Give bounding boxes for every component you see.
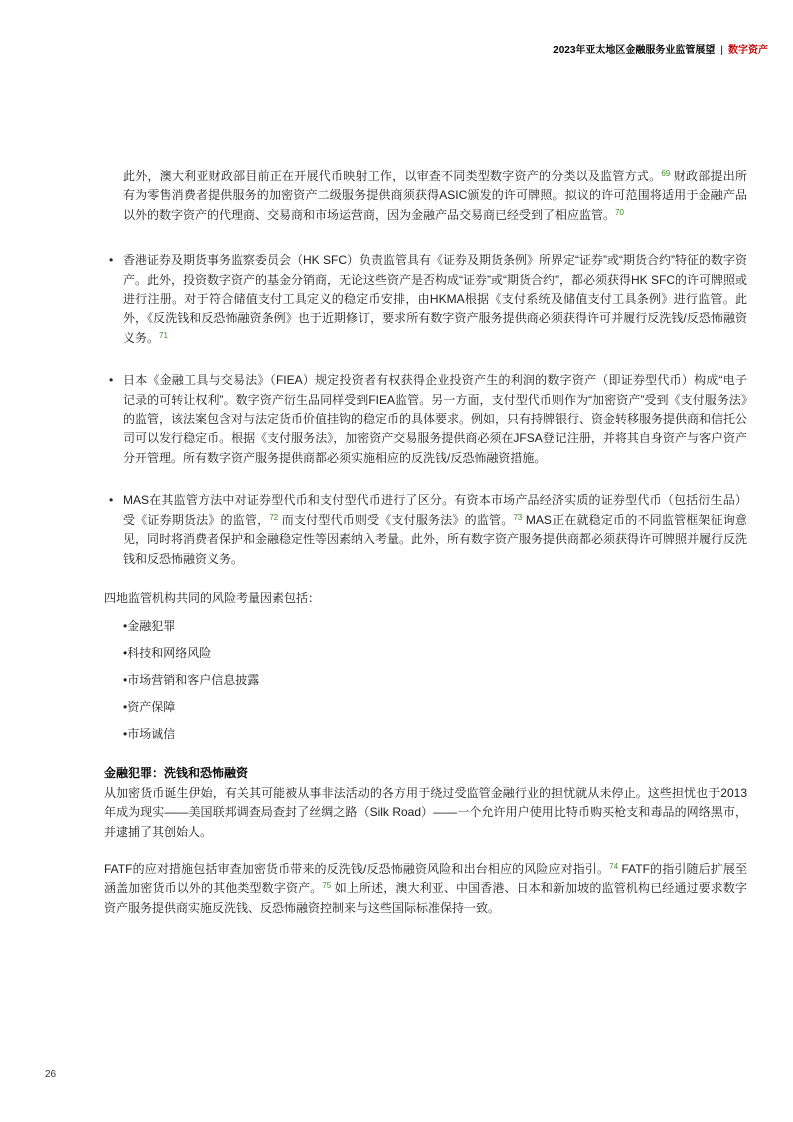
bullet-mas: •MAS在其监管方法中对证券型代币和支付型代币进行了区分。有资本市场产品经济实质…: [104, 491, 747, 569]
footnote-ref-71: 71: [159, 331, 168, 340]
page-content: 此外，澳大利亚财政部目前正在开展代币映射工作，以审查不同类型数字资产的分类以及监…: [104, 167, 747, 944]
risk-item-marketing-disclosure: •市场营销和客户信息披露: [104, 671, 747, 690]
paragraph-text: 此外，澳大利亚财政部目前正在开展代币映射工作，以审查不同类型数字资产的分类以及监…: [123, 169, 661, 183]
footnote-ref-69: 69: [661, 169, 670, 178]
document-page: 2023年亚太地区金融服务业监管展望|数字资产 此外，澳大利亚财政部目前正在开展…: [0, 0, 793, 1122]
risk-item-label: 资产保障: [127, 700, 175, 714]
bullet-hk-sfc: •香港证券及期货事务监察委员会（HK SFC）负责监管具有《证券及期货条例》所界…: [104, 251, 747, 348]
risk-item-label: 市场营销和客户信息披露: [127, 673, 259, 687]
report-title: 2023年亚太地区金融服务业监管展望: [553, 45, 715, 56]
paragraph-australia-treasury: 此外，澳大利亚财政部目前正在开展代币映射工作，以审查不同类型数字资产的分类以及监…: [123, 167, 747, 225]
header-separator: |: [715, 45, 728, 56]
footnote-ref-70: 70: [615, 208, 624, 217]
regulator-bullet-list: •香港证券及期货事务监察委员会（HK SFC）负责监管具有《证券及期货条例》所界…: [104, 251, 747, 569]
section-heading-financial-crime: 金融犯罪：洗钱和恐怖融资: [104, 764, 747, 783]
footnote-ref-75: 75: [322, 881, 331, 890]
risk-factors-intro: 四地监管机构共同的风险考量因素包括：: [104, 589, 747, 608]
footnote-ref-74: 74: [609, 862, 618, 871]
footnote-ref-72: 72: [269, 513, 278, 522]
risk-item-label: 科技和网络风险: [127, 646, 211, 660]
bullet-icon: •: [109, 251, 113, 270]
bullet-text: 香港证券及期货事务监察委员会（HK SFC）负责监管具有《证券及期货条例》所界定…: [123, 253, 747, 345]
bullet-text: 日本《金融工具与交易法》（FIEA）规定投资者有权获得企业投资产生的利润的数字资…: [123, 373, 747, 465]
bullet-text: 而支付型代币则受《支付服务法》的监管。: [278, 513, 513, 527]
risk-item-label: 市场诚信: [127, 727, 175, 741]
risk-item-asset-safeguarding: •资产保障: [104, 698, 747, 717]
chapter-label: 数字资产: [728, 45, 768, 56]
risk-item-tech-cyber: •科技和网络风险: [104, 644, 747, 663]
risk-factor-list: •金融犯罪 •科技和网络风险 •市场营销和客户信息披露 •资产保障 •市场诚信: [104, 617, 747, 744]
paragraph-fatf: FATF的应对措施包括审查加密货币带来的反洗钱/反恐怖融资风险和出台相应的风险应…: [104, 860, 747, 918]
paragraph-crypto-origin: 从加密货币诞生伊始，有关其可能被从事非法活动的各方用于绕过受监管金融行业的担忧就…: [104, 784, 747, 842]
paragraph-text: FATF的应对措施包括审查加密货币带来的反洗钱/反恐怖融资风险和出台相应的风险应…: [104, 862, 609, 876]
risk-item-financial-crime: •金融犯罪: [104, 617, 747, 636]
page-number: 26: [45, 1069, 56, 1080]
running-header: 2023年亚太地区金融服务业监管展望|数字资产: [553, 44, 768, 58]
bullet-japan-fiea: •日本《金融工具与交易法》（FIEA）规定投资者有权获得企业投资产生的利润的数字…: [104, 371, 747, 468]
bullet-icon: •: [109, 491, 113, 510]
bullet-icon: •: [109, 371, 113, 390]
risk-item-market-integrity: •市场诚信: [104, 725, 747, 744]
risk-item-label: 金融犯罪: [127, 619, 175, 633]
